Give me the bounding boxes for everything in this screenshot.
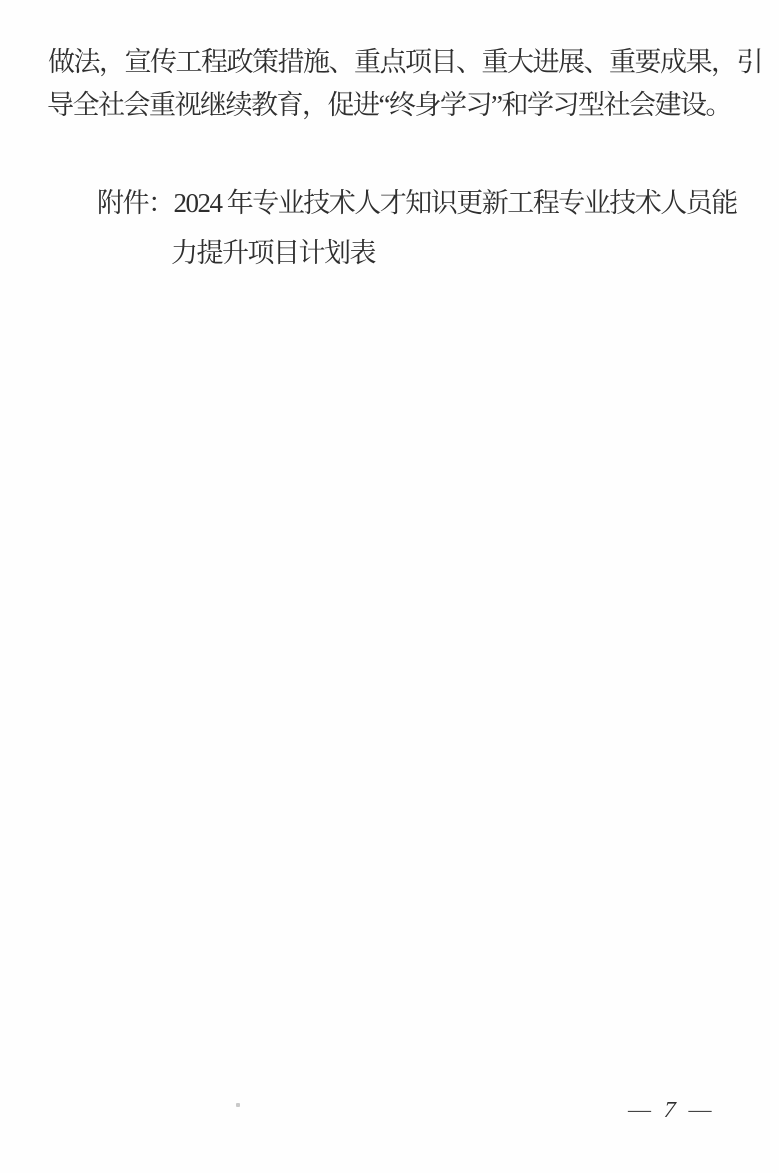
attachment-note-line: 附件：2024 年专业技术人才知识更新工程专业技术人员能 — [97, 190, 737, 217]
body-paragraph-line: 导全社会重视继续教育，促进“终身学习”和学习型社会建设。 — [47, 92, 731, 119]
footer-dash-right: — — [689, 1097, 712, 1122]
body-paragraph-line: 做法，宣传工程政策措施、重点项目、重大进展、重要成果，引 — [48, 49, 762, 76]
document-page: 做法，宣传工程政策措施、重点项目、重大进展、重要成果，引 导全社会重视继续教育，… — [0, 0, 779, 1173]
scan-artifact-speck — [236, 1103, 240, 1107]
page-footer: —7— — [628, 1096, 712, 1124]
attachment-note-line: 力提升项目计划表 — [171, 240, 375, 267]
page-number: 7 — [663, 1096, 676, 1124]
footer-dash-left: — — [628, 1097, 651, 1122]
